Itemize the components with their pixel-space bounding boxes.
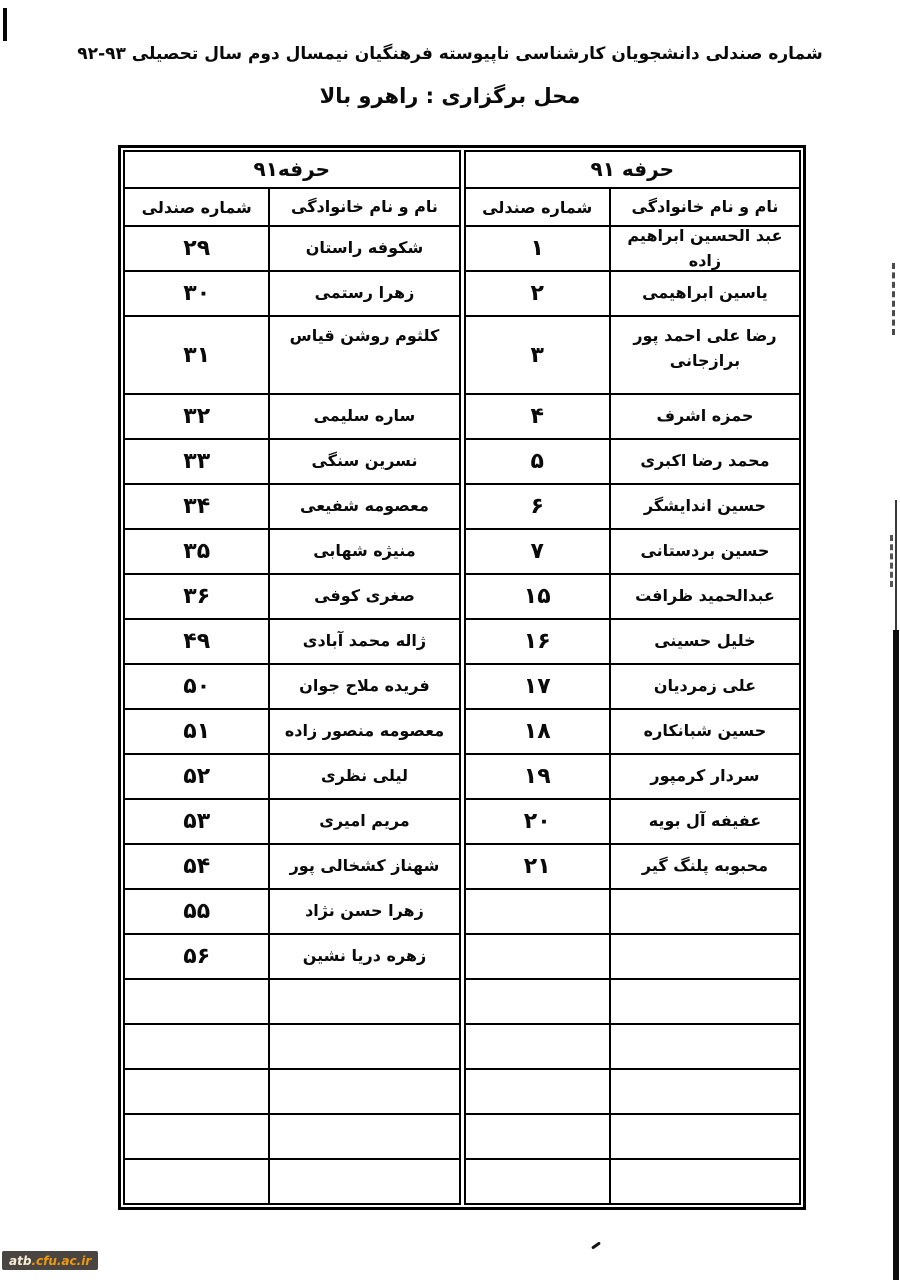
seat-number: ۳۳ bbox=[125, 440, 268, 483]
table-row bbox=[466, 1068, 800, 1113]
watermark-suffix: .cfu.ac.ir bbox=[31, 1254, 91, 1268]
student-name: لیلی نظری bbox=[268, 755, 458, 798]
seat-number: ۲۱ bbox=[466, 845, 609, 888]
seat-number: ۵ bbox=[466, 440, 609, 483]
table-row bbox=[466, 1023, 800, 1068]
seat-number: ۵۰ bbox=[125, 665, 268, 708]
seat-number: ۵۳ bbox=[125, 800, 268, 843]
table-row: خلیل حسینی ۱۶ bbox=[466, 618, 800, 663]
table-row: ژاله محمد آبادی ۴۹ bbox=[125, 618, 459, 663]
table-row: مریم امیری ۵۳ bbox=[125, 798, 459, 843]
student-name: ژاله محمد آبادی bbox=[268, 620, 458, 663]
document-subtitle-location: محل برگزاری : راهرو بالا bbox=[0, 84, 900, 108]
seat-number: ۲ bbox=[466, 272, 609, 315]
student-name: عبد الحسین ابراهیم زاده bbox=[609, 227, 799, 270]
seat-number: ۱۷ bbox=[466, 665, 609, 708]
table-body-left: شکوفه راستان ۲۹ زهرا رستمی ۳۰ کلثوم روشن… bbox=[125, 225, 459, 1203]
table-row bbox=[466, 888, 800, 933]
scanned-document-page: { "page": { "title_line1": "شماره صندلی … bbox=[0, 0, 900, 1280]
seat-number: ۱ bbox=[466, 227, 609, 270]
table-row: زهره دریا نشین ۵۶ bbox=[125, 933, 459, 978]
table-row: سردار کرمپور ۱۹ bbox=[466, 753, 800, 798]
scan-artifact-right-black-bar bbox=[893, 630, 899, 1280]
seat-number: ۵۵ bbox=[125, 890, 268, 933]
student-name: رضا علی احمد پور برازجانی bbox=[609, 317, 799, 393]
seat-table: حرفه ۹۱ نام و نام خانوادگی شماره صندلی ع… bbox=[118, 145, 806, 1210]
seat-number bbox=[125, 1070, 268, 1113]
column-header-row-left: نام و نام خانوادگی شماره صندلی bbox=[125, 189, 459, 225]
student-name: محبوبه پلنگ گیر bbox=[609, 845, 799, 888]
seat-number: ۳۲ bbox=[125, 395, 268, 438]
table-row: نسرین سنگی ۳۳ bbox=[125, 438, 459, 483]
table-row: علی زمردیان ۱۷ bbox=[466, 663, 800, 708]
scan-artifact-topleft-bar bbox=[3, 8, 7, 41]
student-name: علی زمردیان bbox=[609, 665, 799, 708]
table-row bbox=[125, 1113, 459, 1158]
seat-number bbox=[466, 1115, 609, 1158]
student-name bbox=[268, 1070, 458, 1113]
table-row: شکوفه راستان ۲۹ bbox=[125, 225, 459, 270]
table-row: حسین شبانکاره ۱۸ bbox=[466, 708, 800, 753]
student-name: منیژه شهابی bbox=[268, 530, 458, 573]
table-row: عبد الحسین ابراهیم زاده ۱ bbox=[466, 225, 800, 270]
student-name: خلیل حسینی bbox=[609, 620, 799, 663]
table-row bbox=[125, 1023, 459, 1068]
seat-number bbox=[466, 890, 609, 933]
student-name: عبدالحمید ظرافت bbox=[609, 575, 799, 618]
table-row: عفیفه آل بویه ۲۰ bbox=[466, 798, 800, 843]
seat-number bbox=[466, 1160, 609, 1203]
table-row: زهرا رستمی ۳۰ bbox=[125, 270, 459, 315]
student-name: فریده ملاح جوان bbox=[268, 665, 458, 708]
seat-number bbox=[466, 980, 609, 1023]
table-row: حسین اندایشگر ۶ bbox=[466, 483, 800, 528]
seat-number bbox=[125, 1025, 268, 1068]
group-header-left: حرفه۹۱ bbox=[125, 152, 459, 189]
student-name: حسین بردستانی bbox=[609, 530, 799, 573]
student-name: محمد رضا اکبری bbox=[609, 440, 799, 483]
seat-number bbox=[125, 980, 268, 1023]
seat-number bbox=[466, 935, 609, 978]
column-header-seat: شماره صندلی bbox=[125, 189, 268, 225]
table-row bbox=[466, 1158, 800, 1203]
seat-number: ۳۴ bbox=[125, 485, 268, 528]
table-group-left: حرفه۹۱ نام و نام خانوادگی شماره صندلی شک… bbox=[123, 150, 461, 1205]
site-watermark: atb.cfu.ac.ir bbox=[2, 1251, 98, 1270]
student-name: زهرا رستمی bbox=[268, 272, 458, 315]
column-header-name: نام و نام خانوادگی bbox=[609, 189, 799, 225]
scan-artifact-right-thin-line bbox=[895, 500, 897, 632]
student-name: معصومه شفیعی bbox=[268, 485, 458, 528]
seat-number: ۳ bbox=[466, 317, 609, 393]
table-row: لیلی نظری ۵۲ bbox=[125, 753, 459, 798]
table-row: یاسین ابراهیمی ۲ bbox=[466, 270, 800, 315]
seat-number: ۲۹ bbox=[125, 227, 268, 270]
seat-number: ۱۹ bbox=[466, 755, 609, 798]
student-name: عفیفه آل بویه bbox=[609, 800, 799, 843]
table-row: حمزه اشرف ۴ bbox=[466, 393, 800, 438]
student-name: مریم امیری bbox=[268, 800, 458, 843]
student-name bbox=[609, 1070, 799, 1113]
student-name bbox=[609, 980, 799, 1023]
student-name: حسین شبانکاره bbox=[609, 710, 799, 753]
table-row bbox=[125, 1158, 459, 1203]
group-header-right: حرفه ۹۱ bbox=[466, 152, 800, 189]
column-header-row-right: نام و نام خانوادگی شماره صندلی bbox=[466, 189, 800, 225]
column-header-seat: شماره صندلی bbox=[466, 189, 609, 225]
seat-number: ۱۵ bbox=[466, 575, 609, 618]
seat-number: ۱۶ bbox=[466, 620, 609, 663]
student-name: صغری کوفی bbox=[268, 575, 458, 618]
seat-number bbox=[125, 1160, 268, 1203]
student-name bbox=[268, 1115, 458, 1158]
table-row: حسین بردستانی ۷ bbox=[466, 528, 800, 573]
table-row: محبوبه پلنگ گیر ۲۱ bbox=[466, 843, 800, 888]
seat-number: ۵۲ bbox=[125, 755, 268, 798]
table-row: عبدالحمید ظرافت ۱۵ bbox=[466, 573, 800, 618]
student-name: کلثوم روشن قیاس bbox=[268, 317, 458, 393]
student-name: معصومه منصور زاده bbox=[268, 710, 458, 753]
student-name bbox=[609, 890, 799, 933]
student-name: زهرا حسن نژاد bbox=[268, 890, 458, 933]
document-title: شماره صندلی دانشجویان کارشناسی ناپیوسته … bbox=[0, 44, 900, 64]
table-group-right: حرفه ۹۱ نام و نام خانوادگی شماره صندلی ع… bbox=[464, 150, 802, 1205]
seat-number: ۴ bbox=[466, 395, 609, 438]
scan-artifact-bottom-speck bbox=[591, 1241, 601, 1249]
seat-number: ۴۹ bbox=[125, 620, 268, 663]
seat-number: ۲۰ bbox=[466, 800, 609, 843]
table-row: رضا علی احمد پور برازجانی ۳ bbox=[466, 315, 800, 393]
seat-number: ۶ bbox=[466, 485, 609, 528]
seat-number: ۵۴ bbox=[125, 845, 268, 888]
student-name: شهناز کشخالی پور bbox=[268, 845, 458, 888]
seat-number: ۷ bbox=[466, 530, 609, 573]
seat-number: ۱۸ bbox=[466, 710, 609, 753]
seat-number bbox=[466, 1070, 609, 1113]
scan-artifact-right-dashes-lower bbox=[890, 535, 893, 587]
student-name: سردار کرمپور bbox=[609, 755, 799, 798]
table-row: معصومه شفیعی ۳۴ bbox=[125, 483, 459, 528]
student-name: ساره سلیمی bbox=[268, 395, 458, 438]
column-header-name: نام و نام خانوادگی bbox=[268, 189, 458, 225]
watermark-prefix: atb bbox=[9, 1254, 31, 1268]
table-row: صغری کوفی ۳۶ bbox=[125, 573, 459, 618]
seat-number bbox=[466, 1025, 609, 1068]
student-name: یاسین ابراهیمی bbox=[609, 272, 799, 315]
student-name: نسرین سنگی bbox=[268, 440, 458, 483]
student-name: حسین اندایشگر bbox=[609, 485, 799, 528]
table-row: منیژه شهابی ۳۵ bbox=[125, 528, 459, 573]
table-row bbox=[125, 1068, 459, 1113]
table-row: کلثوم روشن قیاس ۳۱ bbox=[125, 315, 459, 393]
table-row: ساره سلیمی ۳۲ bbox=[125, 393, 459, 438]
seat-number: ۳۵ bbox=[125, 530, 268, 573]
table-row: زهرا حسن نژاد ۵۵ bbox=[125, 888, 459, 933]
seat-number: ۵۱ bbox=[125, 710, 268, 753]
table-row: معصومه منصور زاده ۵۱ bbox=[125, 708, 459, 753]
student-name bbox=[609, 935, 799, 978]
table-body-right: عبد الحسین ابراهیم زاده ۱ یاسین ابراهیمی… bbox=[466, 225, 800, 1203]
student-name bbox=[268, 1160, 458, 1203]
table-row bbox=[466, 933, 800, 978]
seat-number bbox=[125, 1115, 268, 1158]
scan-artifact-right-dashes-upper bbox=[892, 263, 895, 335]
table-row: فریده ملاح جوان ۵۰ bbox=[125, 663, 459, 708]
student-name bbox=[609, 1115, 799, 1158]
table-row bbox=[466, 1113, 800, 1158]
student-name: زهره دریا نشین bbox=[268, 935, 458, 978]
student-name bbox=[609, 1025, 799, 1068]
table-row bbox=[466, 978, 800, 1023]
student-name bbox=[268, 1025, 458, 1068]
student-name: شکوفه راستان bbox=[268, 227, 458, 270]
seat-number: ۳۶ bbox=[125, 575, 268, 618]
seat-number: ۵۶ bbox=[125, 935, 268, 978]
student-name: حمزه اشرف bbox=[609, 395, 799, 438]
seat-number: ۳۰ bbox=[125, 272, 268, 315]
table-row: شهناز کشخالی پور ۵۴ bbox=[125, 843, 459, 888]
seat-number: ۳۱ bbox=[125, 317, 268, 393]
table-row bbox=[125, 978, 459, 1023]
student-name bbox=[268, 980, 458, 1023]
table-row: محمد رضا اکبری ۵ bbox=[466, 438, 800, 483]
student-name bbox=[609, 1160, 799, 1203]
